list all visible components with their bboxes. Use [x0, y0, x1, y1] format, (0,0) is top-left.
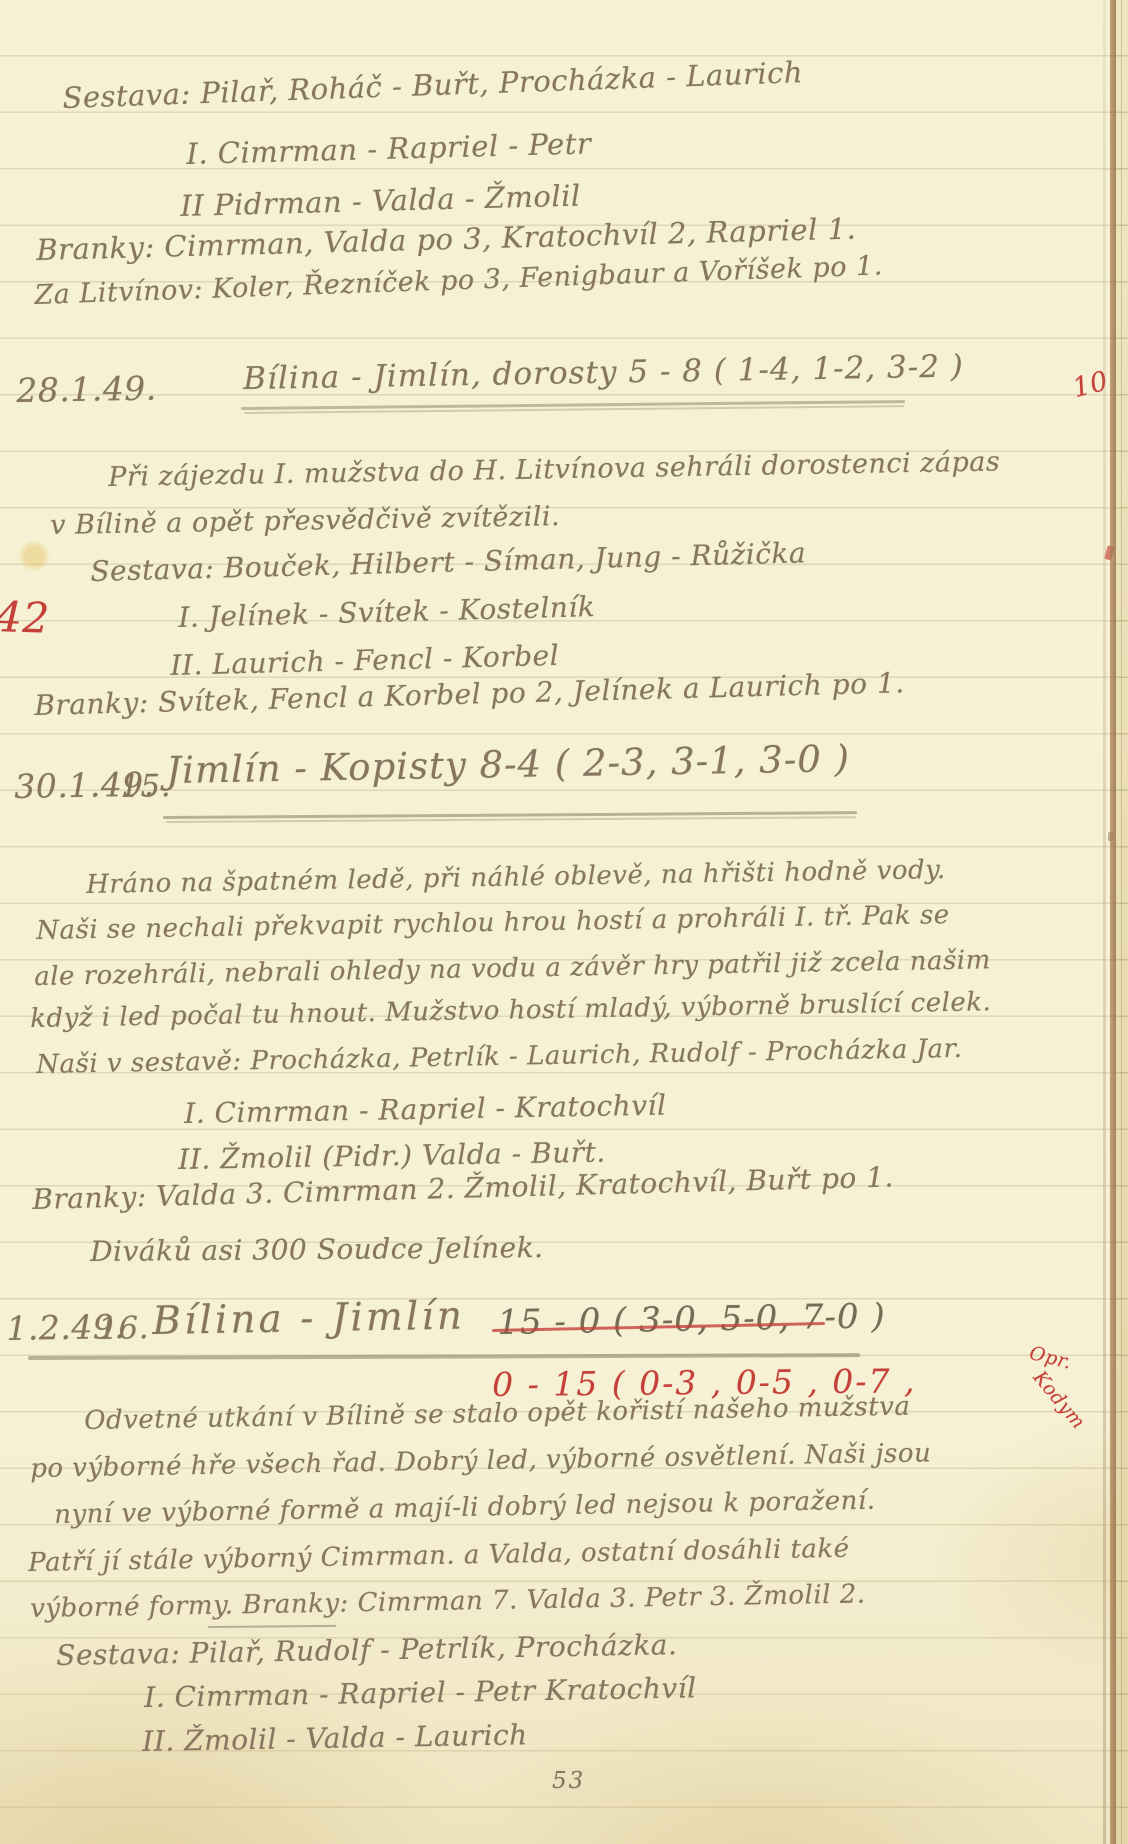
first-line-row: I. Cimrman - Rapriel - Petr	[186, 129, 592, 169]
margin-correction-note-red: Opr.	[1027, 1344, 1073, 1373]
page-crease-line	[1103, 0, 1106, 1844]
match-title: Bílina - Jimlín	[152, 1297, 465, 1341]
first-line-row: I. Jelínek - Svítek - Kostelník	[178, 593, 596, 632]
goals-line: výborné formy. Branky: Cimrman 7. Valda …	[30, 1581, 866, 1622]
match-number: 15.	[120, 771, 171, 803]
goals-line: Branky: Valda 3. Cimrman 2. Žmolil, Krat…	[32, 1163, 894, 1214]
report-line: Při zájezdu I. mužstva do H. Litvínova s…	[108, 448, 1000, 491]
second-line-row: II. Laurich - Fencl - Korbel	[170, 642, 559, 680]
branky-word-underline	[208, 1625, 336, 1628]
report-line: Hráno na špatném ledě, při náhlé oblevě,…	[86, 857, 946, 898]
margin-tally-red: 42	[0, 596, 50, 640]
report-line: když i led počal tu hnout. Mužstvo hostí…	[30, 989, 992, 1032]
lineup-label-line: Sestava: Bouček, Hilbert - Síman, Jung -…	[90, 539, 806, 586]
match-title: Bílina - Jimlín, dorosty 5 - 8 ( 1-4, 1-…	[243, 351, 964, 395]
lineup-label-line: Naši v sestavě: Procházka, Petrlík - Lau…	[36, 1036, 963, 1078]
goals-line: Branky: Svítek, Fencl a Korbel po 2, Jel…	[34, 669, 905, 720]
match-title: Jimlín - Kopisty 8-4 ( 2-3, 3-1, 3-0 )	[166, 740, 850, 789]
match-number: 16.	[98, 1313, 149, 1345]
report-line: ale rozehráli, nebrali ohledy na vodu a …	[34, 947, 991, 990]
notebook-page: 53 Sestava: Pilař, Roháč - Buřt, Procház…	[0, 0, 1128, 1844]
lineup-label-line: Sestava: Pilař, Roháč - Buřt, Procházka …	[62, 58, 803, 113]
margin-correction-note-red: Kodym	[1029, 1368, 1088, 1433]
report-line: Patří jí stále výborný Cimrman. a Valda,…	[28, 1536, 850, 1576]
report-line: Odvetné utkání v Bílině se stalo opět ko…	[84, 1394, 911, 1434]
lineup-label-line: Sestava: Pilař, Rudolf - Petrlík, Prochá…	[56, 1631, 678, 1670]
next-page-edge	[1116, 0, 1128, 1844]
next-page-edge-line	[1121, 0, 1122, 1844]
report-line: Naši se nechali překvapit rychlou hrou h…	[36, 902, 950, 944]
score-struck: 15 - 0 ( 3-0, 5-0, 7-0 )	[497, 1299, 886, 1340]
second-line-row: II. Žmolil - Valda - Laurich	[142, 1721, 528, 1756]
second-line-row: II Pidrman - Valda - Žmolil	[180, 182, 581, 221]
attendance-referee-line: Diváků asi 300 Soudce Jelínek.	[90, 1234, 544, 1266]
first-line-row: I. Cimrman - Rapriel - Kratochvíl	[184, 1092, 667, 1128]
page-number: 53	[552, 1770, 585, 1793]
report-line: po výborné hře všech řad. Dobrý led, výb…	[30, 1440, 931, 1482]
title-underline-pencil	[28, 1353, 860, 1360]
first-line-row: I. Cimrman - Rapriel - Petr Kratochvíl	[144, 1674, 697, 1712]
match-date: 28.1.49.	[16, 372, 157, 407]
report-line: nyní ve výborné formě a mají-li dobrý le…	[54, 1488, 876, 1528]
report-line: v Bílině a opět přesvědčivě zvítězili.	[50, 503, 560, 539]
